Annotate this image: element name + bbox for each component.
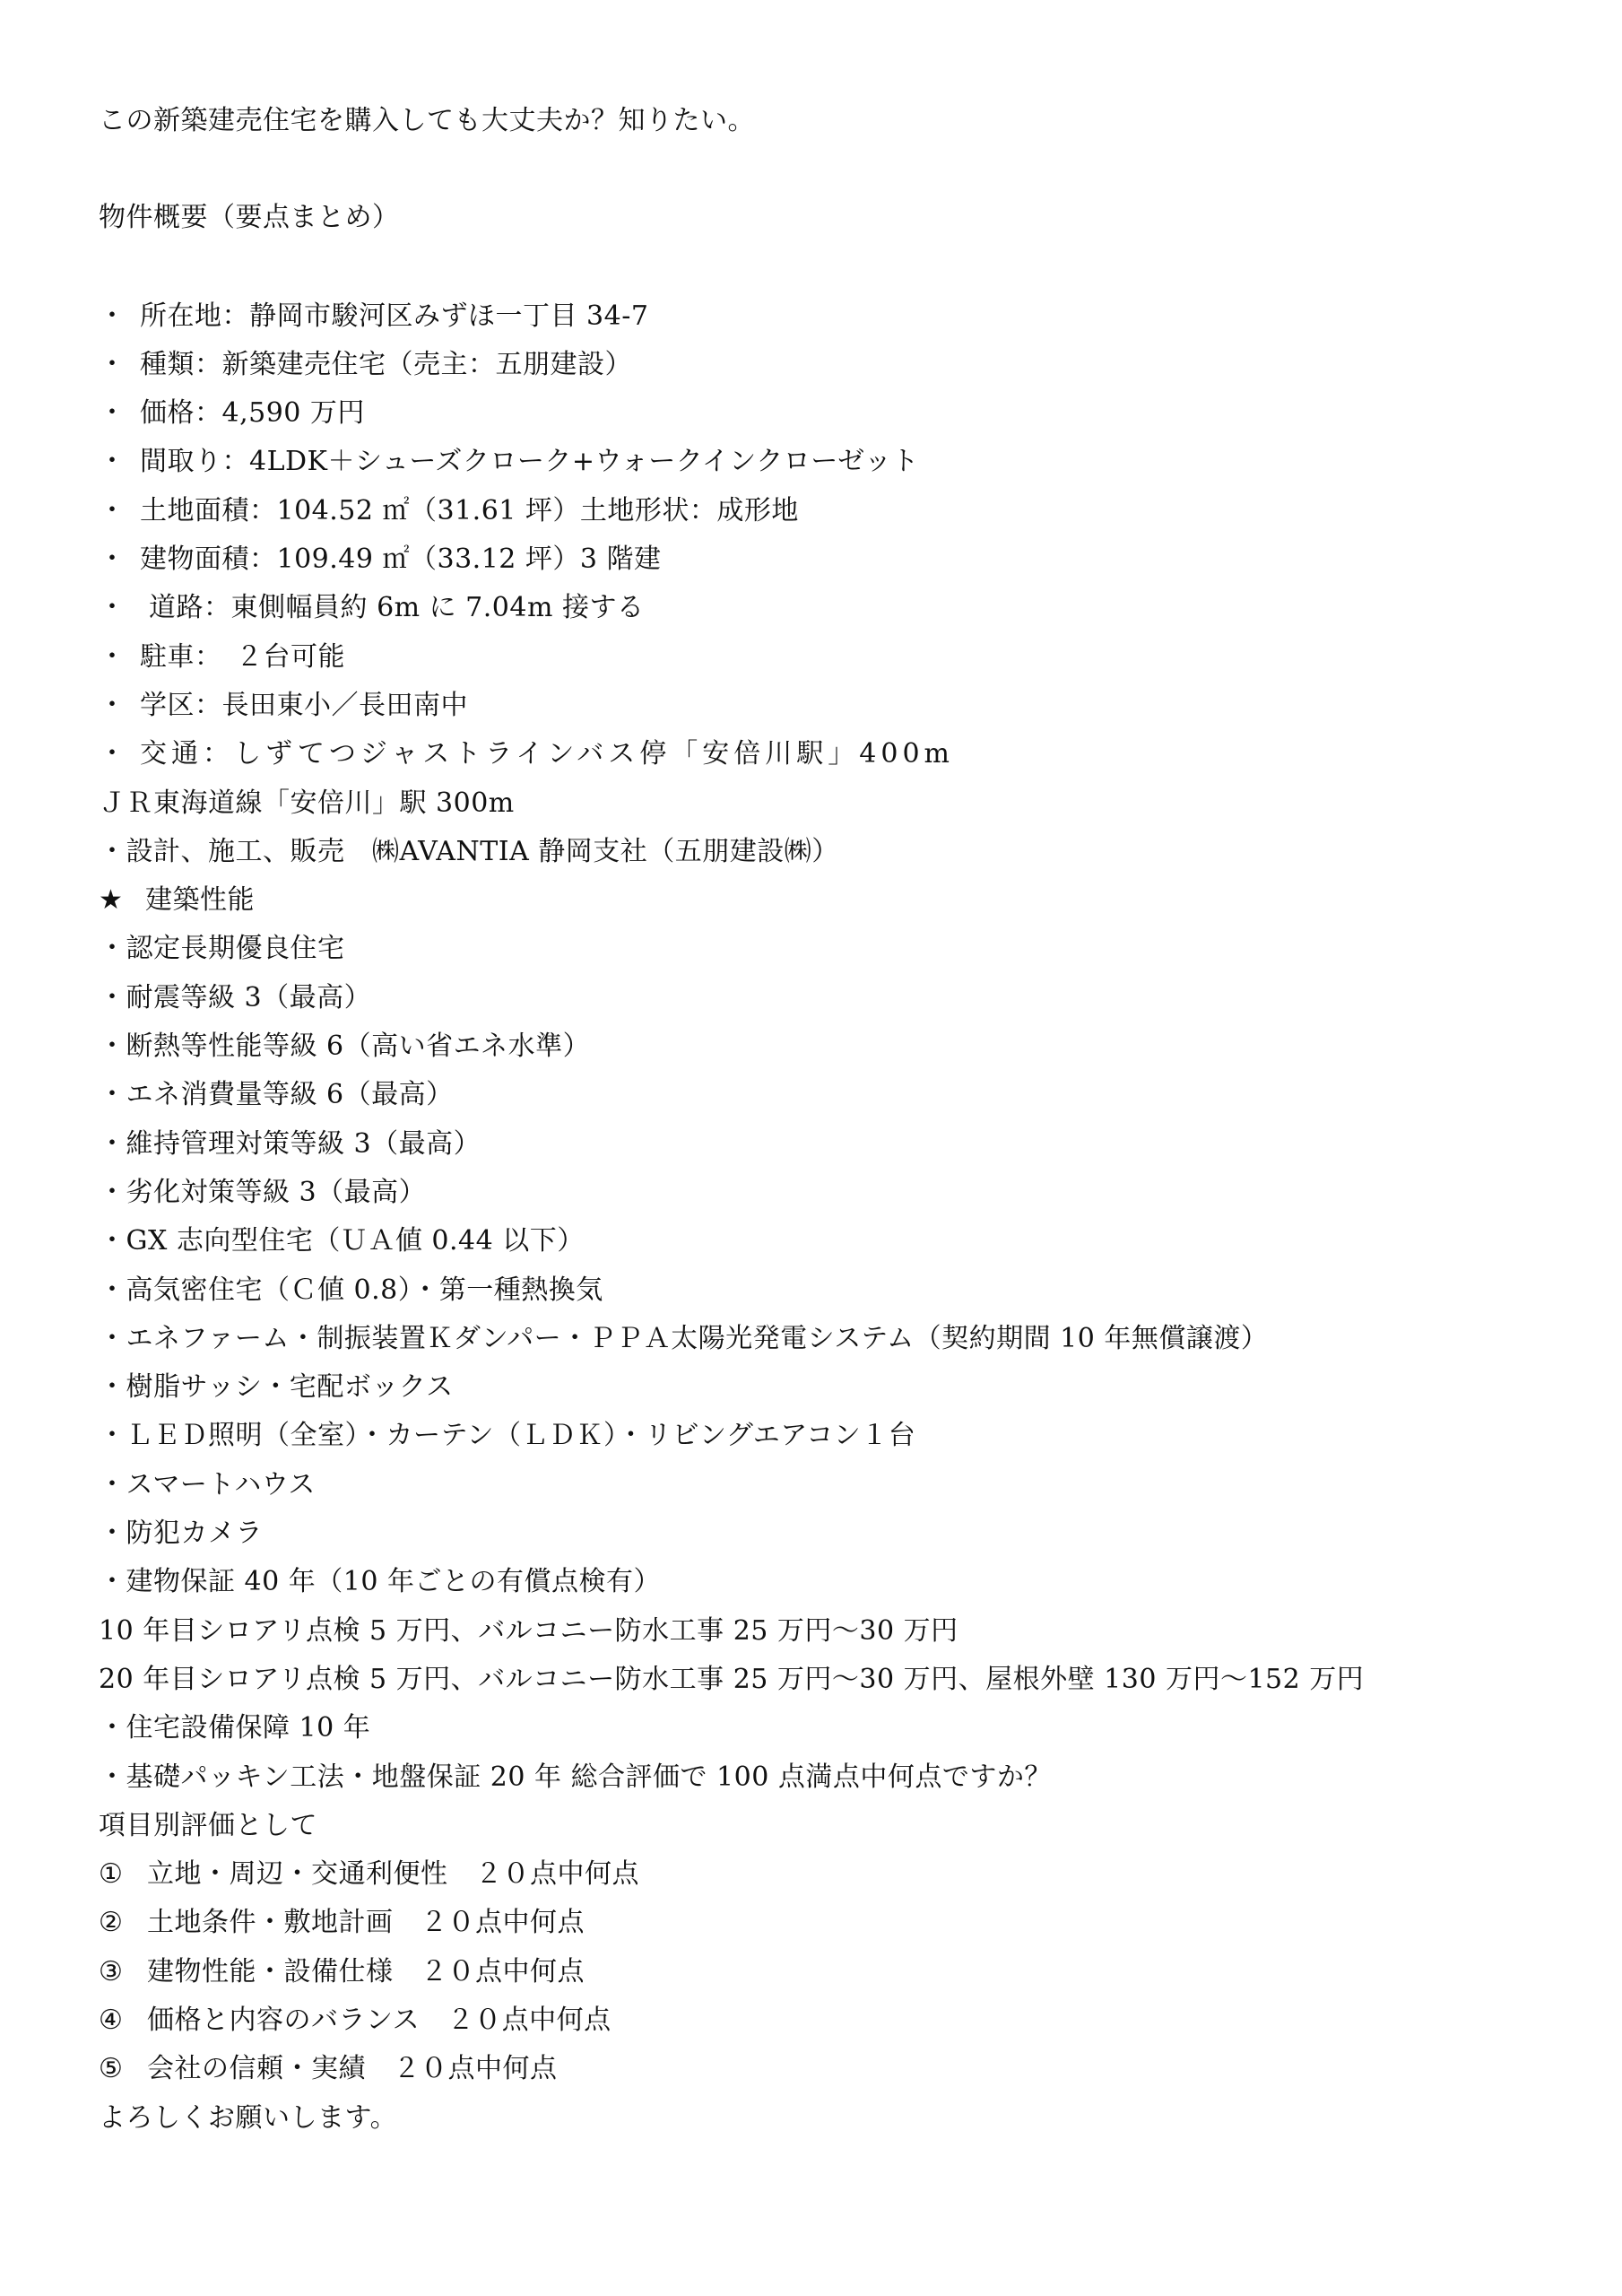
overview-item-location: ・所在地：静岡市駿河区みずほ一丁目 34-7 — [99, 292, 1533, 341]
evaluation-label: 立地・周辺・交通利便性 — [147, 1858, 448, 1890]
evaluation-label: 会社の信頼・実績 — [147, 2053, 366, 2084]
overview-item-price: ・価格：4,590 万円 — [99, 389, 1533, 438]
spacer — [366, 2053, 394, 2084]
circled-number: ② — [99, 1899, 147, 1947]
performance-item: ・スマートハウス — [99, 1461, 1533, 1509]
overview-item-school-district: ・学区：長田東小／長田南中 — [99, 682, 1533, 730]
spacer — [394, 1907, 421, 1938]
overview-item-text: 土地面積：104.52 ㎡（31.61 坪）土地形状：成形地 — [140, 495, 799, 526]
builder-line: ・設計、施工、販売 ㈱AVANTIA 静岡支社（五朋建設㈱） — [99, 828, 1533, 876]
spacer — [99, 243, 1533, 292]
spacer — [394, 1956, 421, 1987]
circled-number: ⑤ — [99, 2045, 147, 2093]
spacer — [420, 2005, 447, 2036]
overview-item-text: 種類：新築建売住宅（売主：五朋建設） — [140, 349, 632, 380]
document-page: この新築建売住宅を購入しても大丈夫か？知りたい。 物件概要（要点まとめ） ・所在… — [99, 97, 1533, 2143]
circled-number: ③ — [99, 1948, 147, 1996]
overview-heading: 物件概要（要点まとめ） — [99, 194, 1533, 242]
performance-item: ・GX 志向型住宅（ＵＡ値 0.44 以下） — [99, 1217, 1533, 1265]
bullet-dot-icon: ・ — [99, 341, 140, 389]
circled-number: ① — [99, 1850, 147, 1899]
spacer — [99, 145, 1533, 194]
overview-item-layout: ・間取り：4LDK＋シューズクローク+ウォークインクローゼット — [99, 438, 1533, 486]
overview-item-text: 間取り：4LDK＋シューズクローク+ウォークインクローゼット — [140, 446, 919, 477]
performance-item: ・防犯カメラ — [99, 1509, 1533, 1558]
bullet-dot-icon: ・ — [99, 487, 140, 535]
bullet-dot-icon: ・ — [99, 633, 140, 682]
performance-heading: ★建築性能 — [99, 876, 1533, 925]
foundation-score-question: ・基礎パッキン工法・地盤保証 20 年 総合評価で 100 点満点中何点ですか？ — [99, 1753, 1533, 1802]
evaluation-label: 価格と内容のバランス — [147, 2005, 420, 2036]
evaluation-item-location: ①立地・周辺・交通利便性 ２０点中何点 — [99, 1850, 1533, 1899]
evaluation-label: 土地条件・敷地計画 — [147, 1907, 394, 1938]
transit-continuation: ＪＲ東海道線「安倍川」駅 300m — [99, 779, 1533, 828]
star-icon: ★ — [99, 876, 145, 925]
overview-item-text: 所在地：静岡市駿河区みずほ一丁目 34-7 — [140, 300, 648, 332]
evaluation-score-text: ２０点中何点 — [475, 1858, 639, 1890]
spacer — [448, 1858, 476, 1890]
equipment-warranty-item: ・住宅設備保障 10 年 — [99, 1704, 1533, 1752]
evaluation-score-text: ２０点中何点 — [421, 1907, 585, 1938]
bullet-dot-icon: ・ — [99, 682, 140, 730]
performance-item: ・耐震等級 3（最高） — [99, 974, 1533, 1022]
bullet-dot-icon: ・ — [99, 292, 140, 341]
overview-item-type: ・種類：新築建売住宅（売主：五朋建設） — [99, 341, 1533, 389]
evaluation-score-text: ２０点中何点 — [394, 2053, 558, 2084]
evaluation-heading: 項目別評価として — [99, 1802, 1533, 1850]
performance-item: ・建物保証 40 年（10 年ごとの有償点検有） — [99, 1558, 1533, 1606]
evaluation-label: 建物性能・設備仕様 — [147, 1956, 394, 1987]
overview-item-road: ・ 道路：東側幅員約 6m に 7.04m 接する — [99, 584, 1533, 632]
performance-item: ・高気密住宅（Ｃ値 0.8）・第一種熱換気 — [99, 1266, 1533, 1315]
evaluation-score-text: ２０点中何点 — [421, 1956, 585, 1987]
performance-item: ・断熱等性能等級 6（高い省エネ水準） — [99, 1022, 1533, 1071]
evaluation-item-price-balance: ④価格と内容のバランス ２０点中何点 — [99, 1996, 1533, 2045]
overview-item-text: 建物面積：109.49 ㎡（33.12 坪）3 階建 — [140, 544, 662, 575]
bullet-dot-icon: ・ — [99, 584, 140, 632]
maintenance-note-year-20: 20 年目シロアリ点検 5 万円、バルコニー防水工事 25 万円〜30 万円、屋… — [99, 1656, 1533, 1704]
overview-item-parking: ・駐車： ２台可能 — [99, 633, 1533, 682]
bullet-dot-icon: ・ — [99, 438, 140, 486]
performance-item: ・ＬＥＤ照明（全室）・カーテン（ＬＤＫ）・リビングエアコン１台 — [99, 1412, 1533, 1460]
performance-item: ・樹脂サッシ・宅配ボックス — [99, 1363, 1533, 1412]
overview-item-transit: ・交通：しずてつジャストラインバス停「安倍川駅」400m — [99, 730, 1533, 778]
overview-item-building-area: ・建物面積：109.49 ㎡（33.12 坪）3 階建 — [99, 535, 1533, 584]
overview-item-text: 学区：長田東小／長田南中 — [140, 690, 468, 721]
maintenance-note-year-10: 10 年目シロアリ点検 5 万円、バルコニー防水工事 25 万円〜30 万円 — [99, 1607, 1533, 1656]
evaluation-item-land: ②土地条件・敷地計画 ２０点中何点 — [99, 1899, 1533, 1947]
performance-item: ・エネ消費量等級 6（最高） — [99, 1071, 1533, 1119]
overview-item-land-area: ・土地面積：104.52 ㎡（31.61 坪）土地形状：成形地 — [99, 487, 1533, 535]
performance-item: ・維持管理対策等級 3（最高） — [99, 1120, 1533, 1169]
overview-item-text: 価格：4,590 万円 — [140, 397, 365, 429]
question-line: この新築建売住宅を購入しても大丈夫か？知りたい。 — [99, 97, 1533, 145]
overview-item-text: 道路：東側幅員約 6m に 7.04m 接する — [140, 592, 644, 623]
closing-line: よろしくお願いします。 — [99, 2094, 1533, 2143]
performance-heading-label: 建築性能 — [145, 884, 255, 916]
bullet-dot-icon: ・ — [99, 389, 140, 438]
performance-item: ・認定長期優良住宅 — [99, 925, 1533, 973]
performance-item: ・劣化対策等級 3（最高） — [99, 1169, 1533, 1217]
overview-item-text: 交通：しずてつジャストラインバス停「安倍川駅」400m — [140, 738, 954, 770]
overview-item-text: 駐車： ２台可能 — [140, 641, 345, 673]
evaluation-item-building: ③建物性能・設備仕様 ２０点中何点 — [99, 1948, 1533, 1996]
circled-number: ④ — [99, 1996, 147, 2045]
bullet-dot-icon: ・ — [99, 730, 140, 778]
performance-item: ・エネファーム・制振装置Ｋダンパー・ＰＰＡ太陽光発電システム（契約期間 10 年… — [99, 1315, 1533, 1363]
evaluation-item-company: ⑤会社の信頼・実績 ２０点中何点 — [99, 2045, 1533, 2093]
bullet-dot-icon: ・ — [99, 535, 140, 584]
evaluation-score-text: ２０点中何点 — [447, 2005, 612, 2036]
